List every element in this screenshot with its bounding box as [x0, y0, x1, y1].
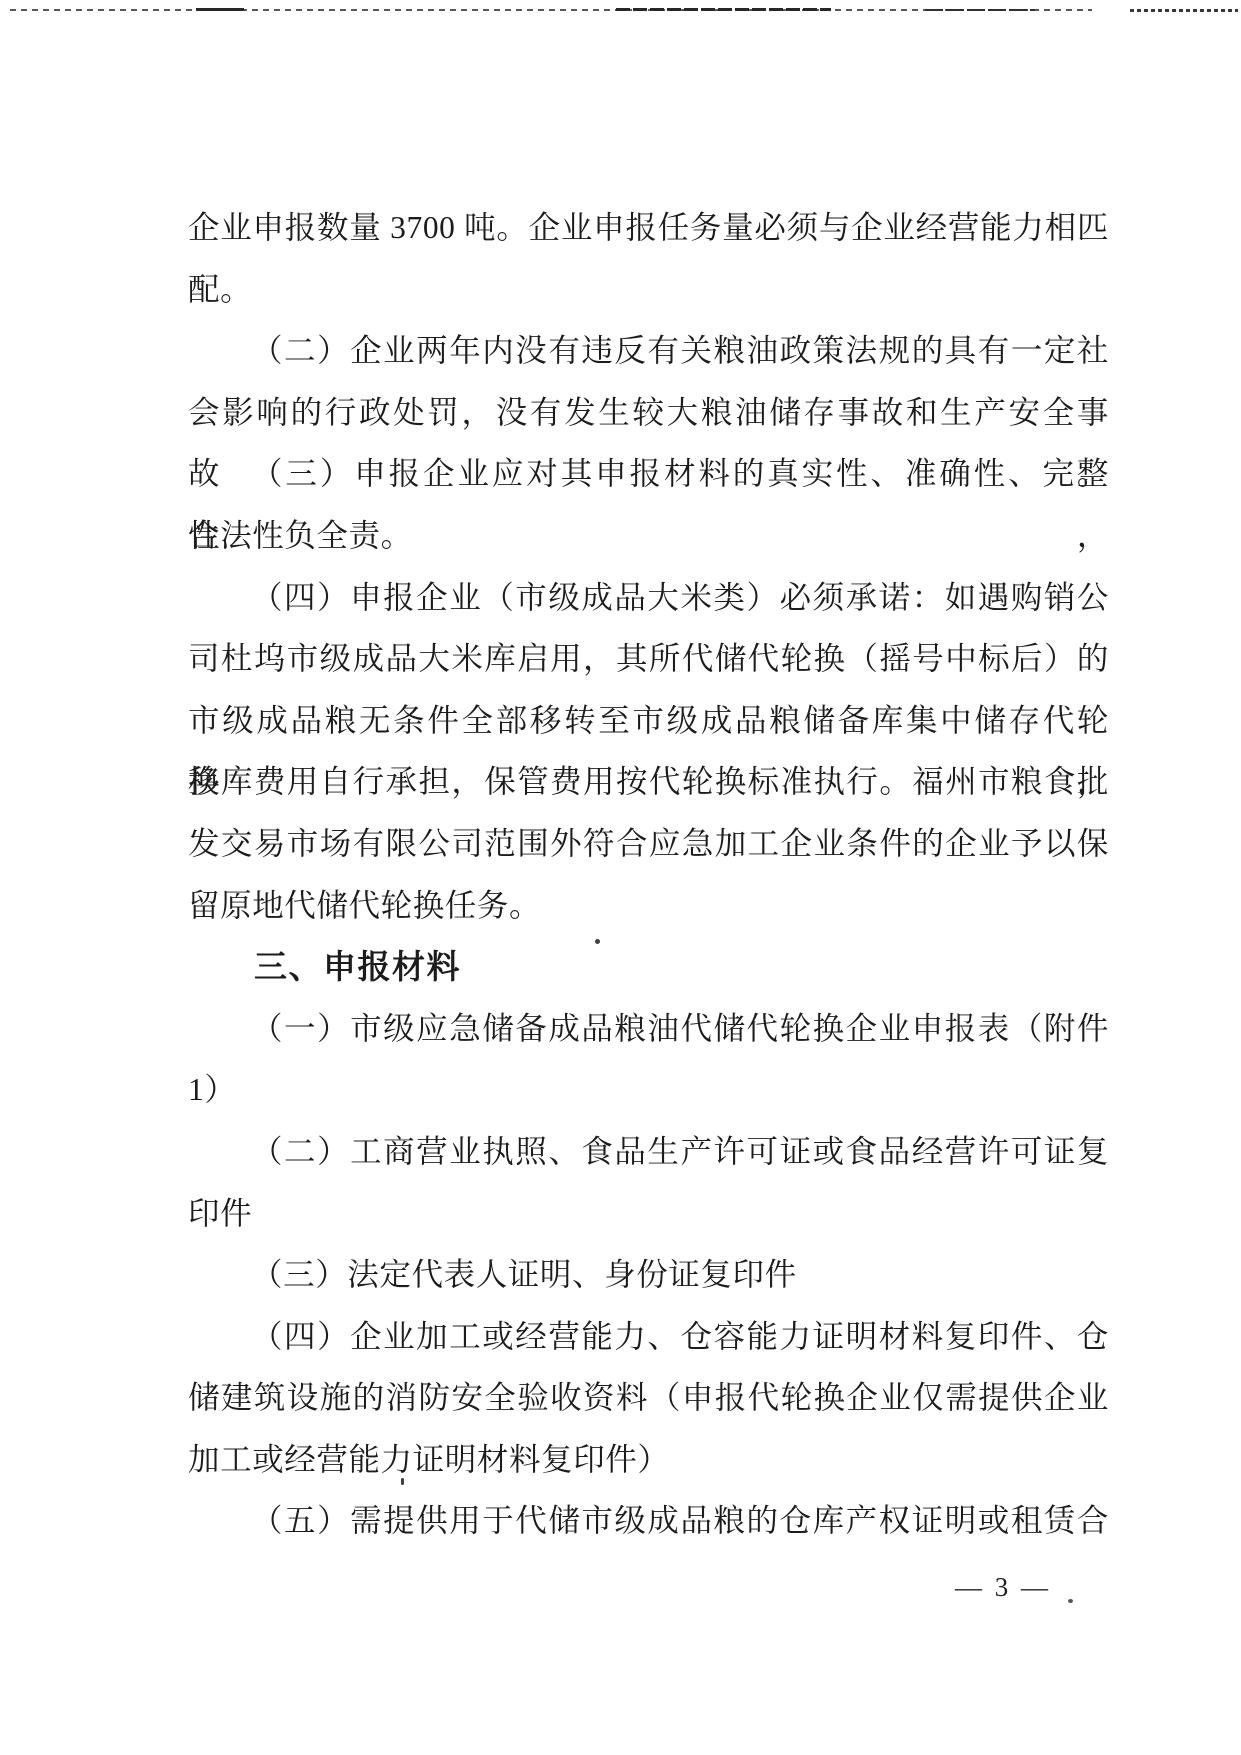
scan-dash-segment — [925, 9, 1035, 11]
scan-dash-segment — [616, 8, 831, 11]
text-line: （五）需提供用于代储市级成品粮的仓库产权证明或租赁合 — [188, 1490, 1109, 1552]
text-line: （四）企业加工或经营能力、仓容能力证明材料复印件、仓 — [188, 1306, 1109, 1368]
text-line: 发交易市场有限公司范围外符合应急加工企业条件的企业予以保 — [188, 813, 1109, 875]
text-line: 移库费用自行承担，保管费用按代轮换标准执行。福州市粮食批 — [188, 751, 1109, 813]
section-heading: 三、申报材料 — [188, 936, 1109, 998]
text-line: （一）市级应急储备成品粮油代储代轮换企业申报表（附件 — [188, 998, 1109, 1060]
text-line: （四）申报企业（市级成品大米类）必须承诺：如遇购销公 — [188, 567, 1109, 629]
text-line: 司杜坞市级成品大米库启用，其所代储代轮换（摇号中标后）的 — [188, 628, 1109, 690]
scan-speck — [595, 939, 600, 944]
text-line: （二）企业两年内没有违反有关粮油政策法规的具有一定社 — [188, 320, 1109, 382]
text-line: 1） — [188, 1059, 1109, 1121]
text-line: 印件 — [188, 1183, 1109, 1245]
text-line: （三）法定代表人证明、身份证复印件 — [188, 1244, 1109, 1306]
text-line: （三）申报企业应对其申报材料的真实性、准确性、完整性， — [188, 443, 1109, 505]
page-number: — 3 — — [955, 1572, 1051, 1603]
scan-dash-segment — [196, 8, 244, 11]
document-page: 企业申报数量 3700 吨。企业申报任务量必须与企业经营能力相匹配。（二）企业两… — [0, 0, 1241, 1755]
text-line: 配。 — [188, 259, 1109, 321]
text-line: （二）工商营业执照、食品生产许可证或食品经营许可证复 — [188, 1121, 1109, 1183]
text-line: 加工或经营能力证明材料复印件） — [188, 1429, 1109, 1491]
text-line: 市级成品粮无条件全部移转至市级成品粮储备库集中储存代轮换， — [188, 690, 1109, 752]
text-line: 留原地代储代轮换任务。 — [188, 875, 1109, 937]
text-line: 会影响的行政处罚，没有发生较大粮油储存事故和生产安全事故。 — [188, 382, 1109, 444]
scan-speck — [401, 1478, 404, 1485]
document-body: 企业申报数量 3700 吨。企业申报任务量必须与企业经营能力相匹配。（二）企业两… — [188, 197, 1109, 1552]
text-line: 储建筑设施的消防安全验收资料（申报代轮换企业仅需提供企业 — [188, 1367, 1109, 1429]
text-line: 企业申报数量 3700 吨。企业申报任务量必须与企业经营能力相匹 — [188, 197, 1109, 259]
scan-speck — [1068, 1599, 1073, 1603]
scan-artifact-top-edge — [0, 0, 1241, 20]
scan-dash-segment — [1130, 9, 1238, 12]
